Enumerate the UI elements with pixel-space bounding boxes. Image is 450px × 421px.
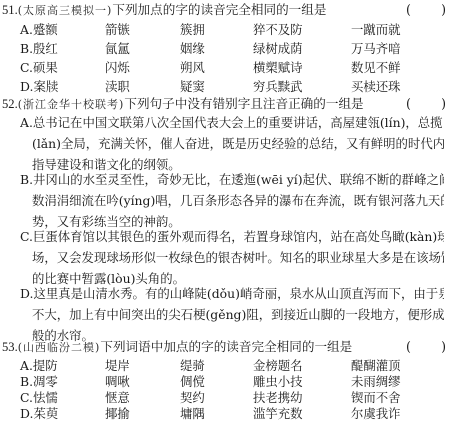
word-item: 猝不及防	[253, 21, 303, 39]
word-item: 氤氲	[105, 40, 130, 58]
word-item: 簇拥	[180, 21, 205, 39]
option-label: B.	[20, 41, 33, 56]
question-51-header: 51.(太原高三模拟一)下列加点的字的读音完全相同的一组是 ( )	[2, 1, 450, 19]
answer-blank[interactable]: ( )	[406, 338, 446, 356]
option-label: D.	[20, 406, 33, 421]
word-item: 姻缘	[180, 40, 205, 58]
question-number: 53.	[2, 340, 18, 354]
question-number: 51.	[2, 3, 18, 17]
word-item: 穷兵黩武	[253, 78, 303, 96]
question-53-header: 53.(山西临汾二模)下列词语中加点的字的读音完全相同的一组是 ( )	[2, 338, 450, 356]
word-item: 数见不鲜	[351, 59, 401, 77]
paren-close: )	[441, 1, 446, 19]
line-text: 井冈山的水至灵至性，奇妙无比，在逶迤(wēi yí)起伏、联绵不断的群峰之间，无	[33, 172, 444, 187]
option-label: C.	[20, 229, 33, 244]
answer-blank[interactable]: ( )	[406, 1, 446, 19]
paragraph-line: D.这里真是山清水秀。有的山峰陡(dǒu)峭奇丽，泉水从山顶直泻而下，由于泉水	[20, 283, 444, 304]
word-item: 殷红	[33, 41, 58, 56]
word-item: 茱萸	[33, 406, 58, 421]
option-paragraph-b: B.井冈山的水至灵至性，奇妙无比，在逶迤(wēi yí)起伏、联绵不断的群峰之间…	[20, 169, 444, 232]
option-paragraph-d: D.这里真是山清水秀。有的山峰陡(dǒu)峭奇丽，泉水从山顶直泻而下，由于泉水 …	[20, 283, 444, 346]
answer-blank[interactable]: ( )	[406, 95, 446, 113]
word-item: 买椟还珠	[351, 78, 401, 96]
paren-close: )	[441, 95, 446, 113]
option-label: B.	[20, 172, 33, 187]
option-label: A.	[20, 22, 33, 37]
paragraph-line: 不大，加上有中间突出的尖石梗(gěng)阻，到接近山脚的一段地方，便形成珍珠	[20, 304, 444, 325]
paren-close: )	[441, 338, 446, 356]
word-item: 朔风	[180, 59, 205, 77]
question-source: (山西临汾二模)	[18, 341, 101, 354]
line-text: 巨蛋体育馆以其银色的蛋外观而得名，若置身球馆内，站在高处鸟瞰(kàn)球	[33, 229, 444, 244]
line-text: 总书记在中国文联第八次全国代表大会上的重要讲话，高屋建瓴(lín)，总揽	[33, 115, 443, 130]
word-item: 渎职	[105, 78, 130, 96]
word-item: 揶揄	[105, 405, 130, 421]
word-item: 疑窦	[180, 78, 205, 96]
option-label: D.	[20, 286, 33, 301]
word-item: 绿树成荫	[253, 40, 303, 58]
option-label-item: D.茱萸	[20, 405, 58, 421]
paren-open: (	[406, 95, 411, 113]
question-stem: 下列词语中加点的字的读音完全相同的一组是	[100, 339, 352, 354]
option-label-item: D.案牍	[20, 78, 58, 96]
line-text: 这里真是山清水秀。有的山峰陡(dǒu)峭奇丽，泉水从山顶直泻而下，由于泉水	[33, 286, 444, 301]
paren-open: (	[406, 1, 411, 19]
word-item: 箭镞	[105, 21, 130, 39]
word-item: 闪烁	[105, 59, 130, 77]
word-item: 墉隅	[180, 405, 205, 421]
word-item: 蹙额	[33, 22, 58, 37]
option-label: C.	[20, 60, 33, 75]
paragraph-line: A.总书记在中国文联第八次全国代表大会上的重要讲话，高屋建瓴(lín)，总揽	[20, 112, 444, 133]
word-item: 凋零	[33, 374, 58, 389]
paragraph-line: B.井冈山的水至灵至性，奇妙无比，在逶迤(wēi yí)起伏、联绵不断的群峰之间…	[20, 169, 444, 190]
option-paragraph-c: C.巨蛋体育馆以其银色的蛋外观而得名，若置身球馆内，站在高处鸟瞰(kàn)球 场…	[20, 226, 444, 289]
paren-open: (	[406, 338, 411, 356]
option-label-item: B.殷红	[20, 40, 58, 58]
option-label-item: A.蹙额	[20, 21, 58, 39]
option-label: D.	[20, 79, 33, 94]
option-paragraph-a: A.总书记在中国文联第八次全国代表大会上的重要讲话，高屋建瓴(lín)，总揽 (…	[20, 112, 444, 175]
question-stem: 下列加点的字的读音完全相同的一组是	[112, 2, 326, 17]
option-label: B.	[20, 374, 33, 389]
word-item: 案牍	[33, 79, 58, 94]
exam-page: 51.(太原高三模拟一)下列加点的字的读音完全相同的一组是 ( ) A.蹙额 箭…	[0, 0, 450, 421]
option-label-item: C.硕果	[20, 59, 58, 77]
paragraph-line: 场，又会发现球场形似一枚绿色的银杏树叶。知名的职业球星大多是在该场馆	[20, 247, 444, 268]
option-label: C.	[20, 390, 33, 405]
word-item: 滥竽充数	[253, 405, 303, 421]
word-item: 横槊赋诗	[253, 59, 303, 77]
option-label: A.	[20, 358, 33, 373]
question-52-header: 52.(浙江金华十校联考)下列句子中没有错别字且注音正确的一组是 ( )	[2, 95, 450, 113]
paragraph-line: (lǎn)全局，充满关怀，催人奋进，既是历史经验的总结，又有鲜明的时代内含，是	[20, 133, 444, 154]
option-label: A.	[20, 115, 33, 130]
question-source: (太原高三模拟一)	[18, 4, 113, 17]
paragraph-line: C.巨蛋体育馆以其银色的蛋外观而得名，若置身球馆内，站在高处鸟瞰(kàn)球	[20, 226, 444, 247]
paragraph-line: 数涓涓细流在吟(yíng)唱，几百条形态各异的瀑布在奔流，既有银河落九天的气	[20, 190, 444, 211]
word-item: 怯懦	[33, 390, 58, 405]
word-item: 尔虞我诈	[351, 405, 401, 421]
word-item: 万马齐喑	[351, 40, 401, 58]
question-stem: 下列句子中没有错别字且注音正确的一组是	[124, 96, 363, 111]
word-item: 硕果	[33, 60, 58, 75]
word-item: 提防	[33, 358, 58, 373]
question-number: 52.	[2, 97, 18, 111]
question-source: (浙江金华十校联考)	[18, 98, 125, 111]
word-item: 一蹴而就	[351, 21, 401, 39]
